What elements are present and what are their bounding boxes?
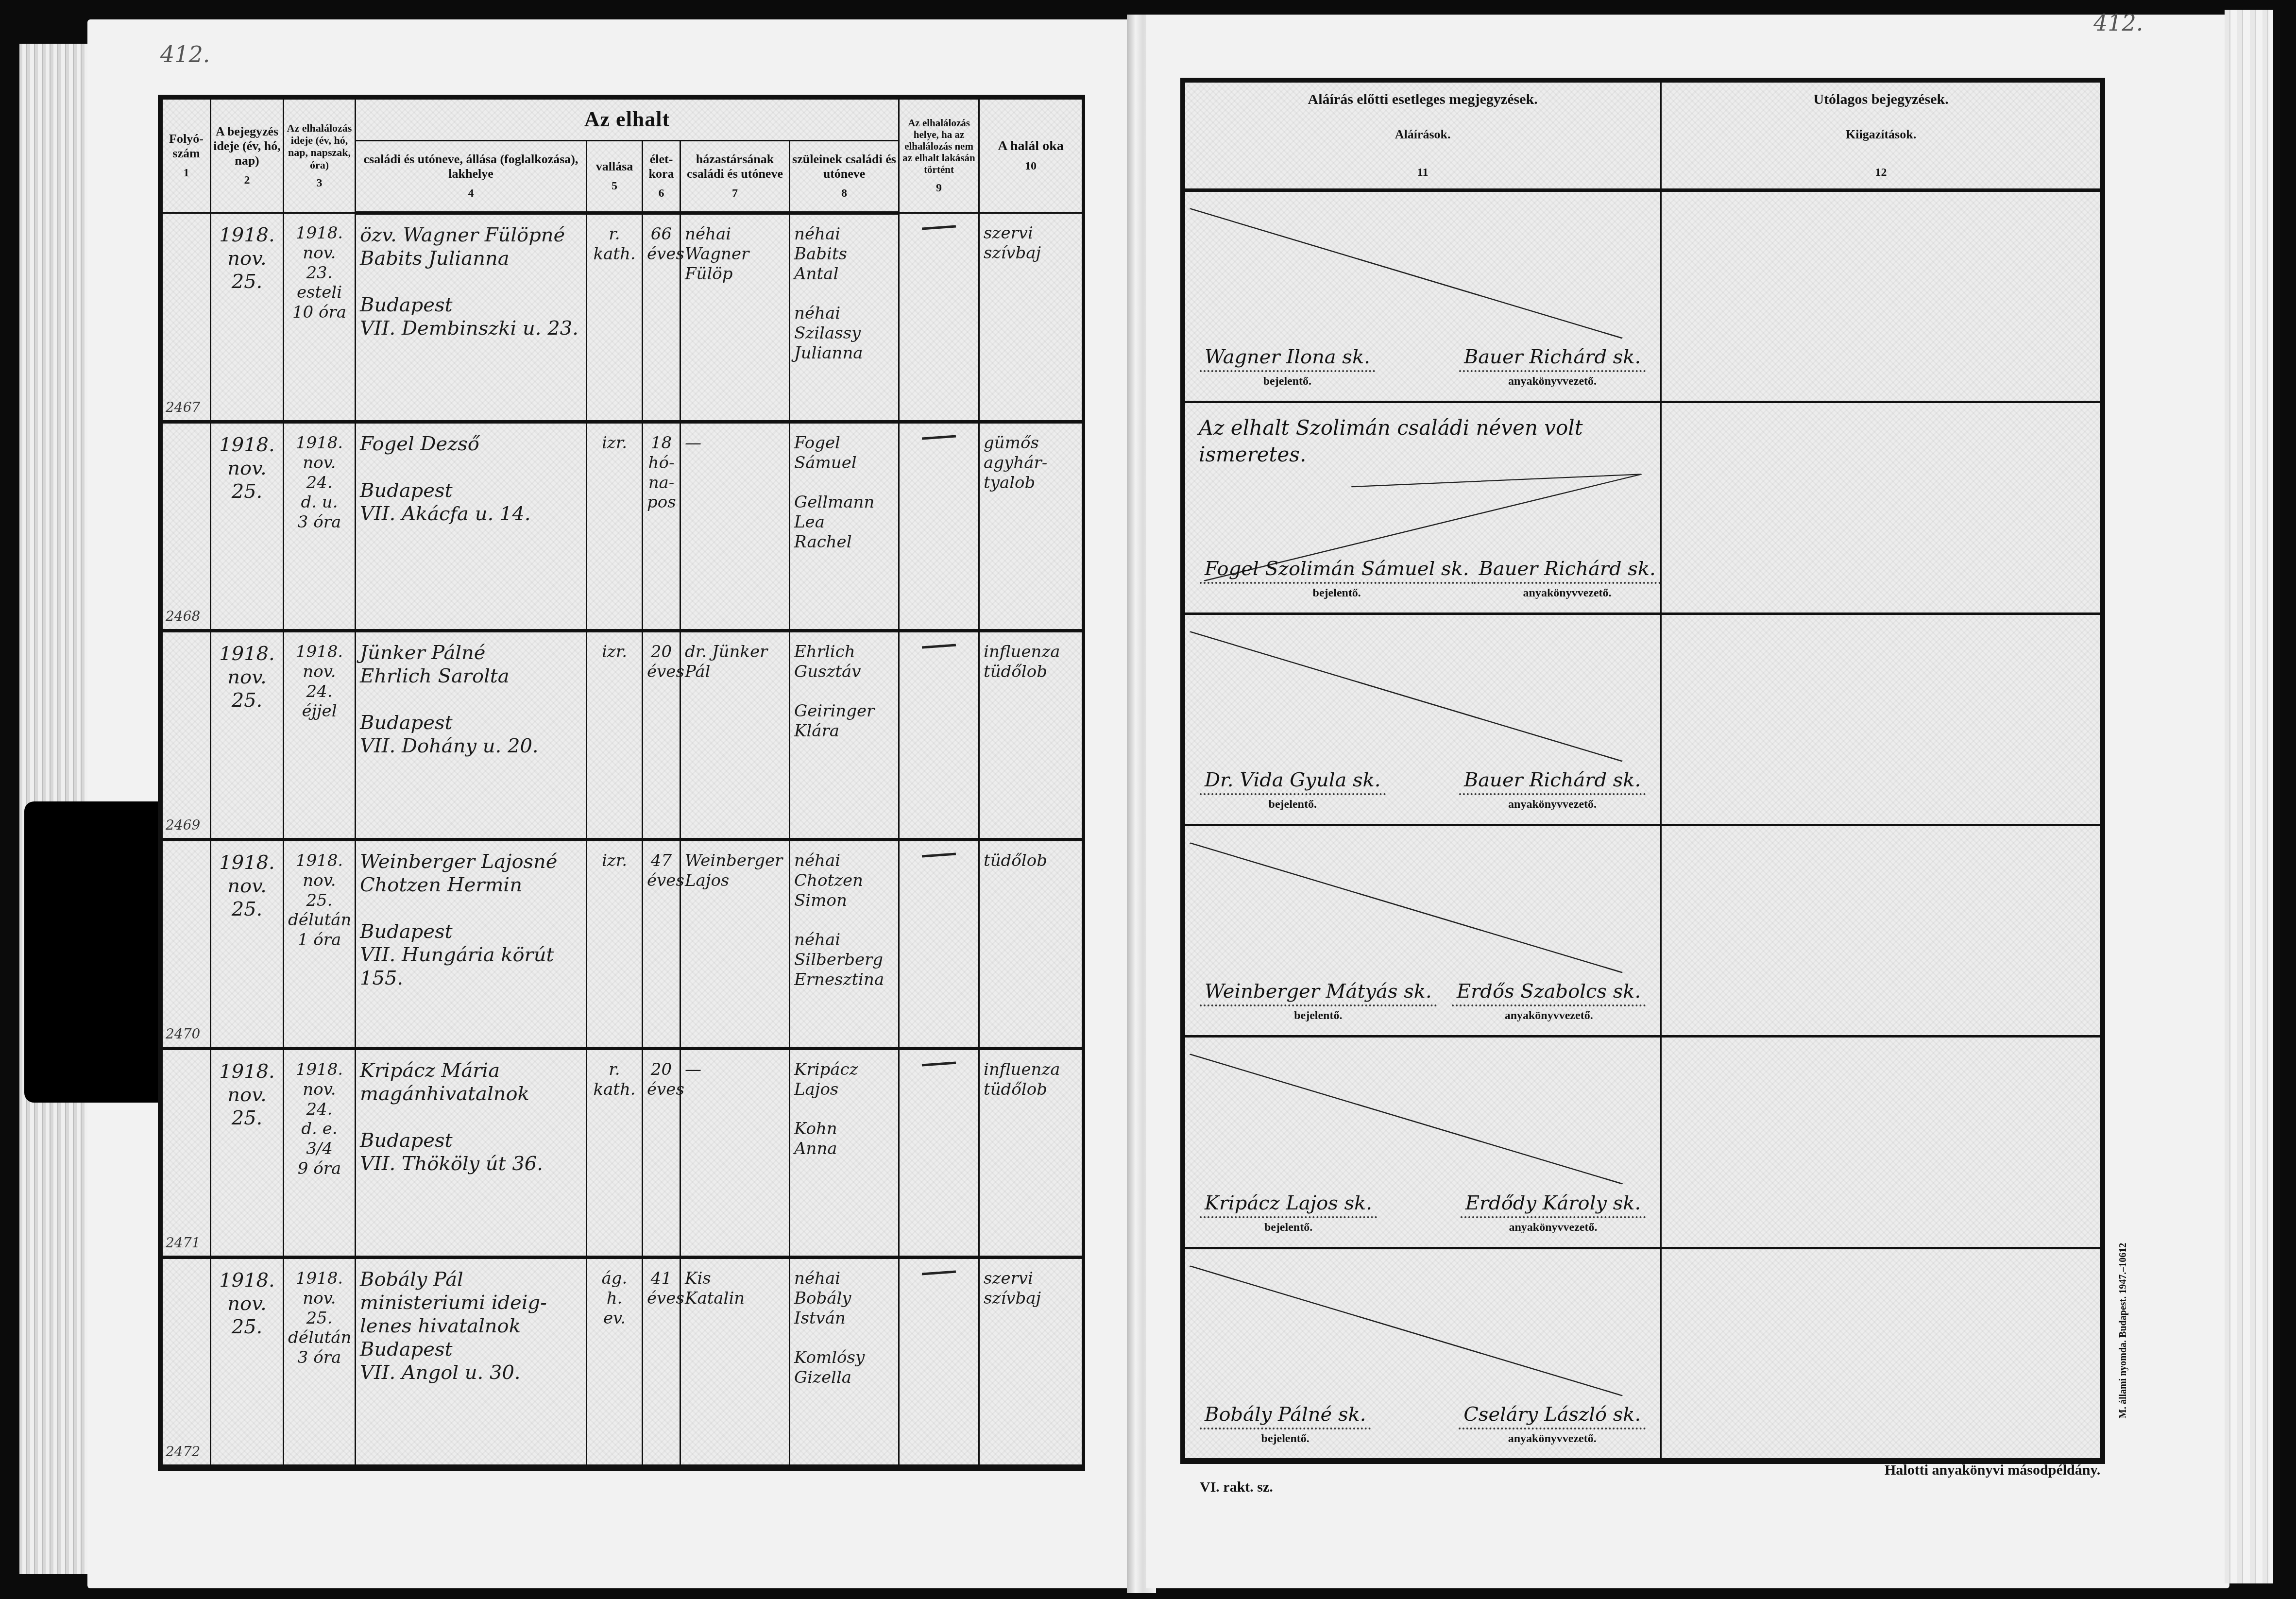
signature-row: Bobály Pálné sk.bejelentő.Cseláry László…: [1185, 1248, 2101, 1459]
cell-age: 41 éves: [643, 1258, 680, 1466]
cell-place-of-death: [899, 422, 979, 631]
cell-religion: izr.: [587, 631, 643, 840]
cell-age: 20 éves: [643, 631, 680, 840]
cell-place-of-death: [899, 213, 979, 422]
signatures-cell: Wagner Ilona sk.bejelentő.Bauer Richárd …: [1185, 190, 1661, 402]
register-number: 2469: [166, 817, 200, 833]
cell-death-date: 1918. nov. 24. d. u. 3 óra: [284, 422, 356, 631]
col-header-6: élet-kora6: [643, 140, 680, 213]
signature-row: Dr. Vida Gyula sk.bejelentő.Bauer Richár…: [1185, 613, 2101, 825]
cell-spouse: —: [680, 1049, 790, 1258]
signatures-cell: Weinberger Mátyás sk.bejelentő.Erdős Sza…: [1185, 825, 1661, 1036]
col-header-5: vallása5: [587, 140, 643, 213]
corrections-cell: [1661, 825, 2101, 1036]
register-number: 2471: [166, 1235, 200, 1251]
cell-entry-date: 1918. nov. 25.: [211, 631, 284, 840]
cell-cause: influenza tüdőlob: [979, 631, 1083, 840]
cell-religion: ág. h. ev.: [587, 1258, 643, 1466]
cell-death-date: 1918. nov. 24. éjjel: [284, 631, 356, 840]
cell-age: 66 éves: [643, 213, 680, 422]
register-number: 2472: [166, 1444, 200, 1460]
col-header-12: Utólagos bejegyzések. Kiigazítások. 12: [1661, 82, 2101, 190]
cell-religion: r. kath.: [587, 213, 643, 422]
cell-death-date: 1918. nov. 25. délután 1 óra: [284, 840, 356, 1049]
cell-death-date: 1918. nov. 25. délután 3 óra: [284, 1258, 356, 1466]
corrections-cell: [1661, 1248, 2101, 1459]
register-type-label: Halotti anyakönyvi másodpéldány.: [1885, 1462, 2100, 1479]
corrections-cell: [1661, 1037, 2101, 1248]
death-register-table: Folyó-szám1 A bejegyzés ideje (év, hó, n…: [158, 95, 1085, 1471]
cell-cause: szervi szívbaj: [979, 1258, 1083, 1466]
registrar-signature: Bauer Richárd sk.anyakönyvvezető.: [1459, 769, 1646, 811]
cell-name-occupation-residence: özv. Wagner Fülöpné Babits Julianna Buda…: [356, 213, 587, 422]
register-number: 2467: [166, 399, 200, 415]
declarant-signature: Bobály Pálné sk.bejelentő.: [1200, 1403, 1371, 1446]
cell-parents: néhai Babits Antal néhai Szilassy Julian…: [790, 213, 899, 422]
right-page-number: 412.: [2093, 10, 2143, 36]
cell-entry-date: 1918. nov. 25.: [211, 213, 284, 422]
col-header-11: Aláírás előtti esetleges megjegyzések. A…: [1185, 82, 1661, 190]
cell-entry-date: 1918. nov. 25.: [211, 422, 284, 631]
cell-spouse: néhai Wagner Fülöp: [680, 213, 790, 422]
cell-place-of-death: [899, 840, 979, 1049]
cell-reg-no: 2468: [162, 422, 211, 631]
dash-mark: [922, 853, 956, 858]
cell-reg-no: 2469: [162, 631, 211, 840]
col-header-9: Az elhalálozás helye, ha az elhalálozás …: [899, 99, 979, 213]
cell-place-of-death: [899, 1258, 979, 1466]
cell-cause: gümős agyhár- tyalob: [979, 422, 1083, 631]
cell-spouse: dr. Jünker Pál: [680, 631, 790, 840]
register-number: 2470: [166, 1026, 200, 1042]
cell-cause: tüdőlob: [979, 840, 1083, 1049]
book-page-edges-right: [2225, 10, 2273, 1583]
cell-cause: influenza tüdőlob: [979, 1049, 1083, 1258]
cell-parents: néhai Bobály István Komlósy Gizella: [790, 1258, 899, 1466]
signatures-cell: Bobály Pálné sk.bejelentő.Cseláry László…: [1185, 1248, 1661, 1459]
signature-row: Kripácz Lajos sk.bejelentő.Erdődy Károly…: [1185, 1037, 2101, 1248]
cell-religion: izr.: [587, 840, 643, 1049]
table-row: 24711918. nov. 25.1918. nov. 24. d. e. 3…: [162, 1049, 1083, 1258]
signatures-cell: Dr. Vida Gyula sk.bejelentő.Bauer Richár…: [1185, 613, 1661, 825]
dash-mark: [922, 1271, 956, 1276]
registrar-signature: Bauer Richárd sk.anyakönyvvezető.: [1459, 346, 1646, 388]
col-header-8: szüleinek családi és utóneve8: [790, 140, 899, 213]
table-row: 24691918. nov. 25.1918. nov. 24. éjjelJü…: [162, 631, 1083, 840]
declarant-signature: Wagner Ilona sk.bejelentő.: [1200, 346, 1375, 388]
col-header-4: családi és utóneve, állása (foglalkozása…: [356, 140, 587, 213]
declarant-signature: Weinberger Mátyás sk.bejelentő.: [1200, 980, 1437, 1022]
registrar-signature: Cseláry László sk.anyakönyvvezető.: [1459, 1403, 1646, 1446]
declarant-signature: Dr. Vida Gyula sk.bejelentő.: [1200, 769, 1386, 811]
declarant-signature: Kripácz Lajos sk.bejelentő.: [1200, 1192, 1377, 1234]
signatures-cell: Az elhalt Szolimán családi néven volt is…: [1185, 402, 1661, 613]
cell-place-of-death: [899, 1049, 979, 1258]
signatures-table: Aláírás előtti esetleges megjegyzések. A…: [1180, 78, 2105, 1464]
cell-death-date: 1918. nov. 24. d. e. 3/4 9 óra: [284, 1049, 356, 1258]
signature-row: Weinberger Mátyás sk.bejelentő.Erdős Sza…: [1185, 825, 2101, 1036]
corrections-cell: [1661, 190, 2101, 402]
cell-age: 47 éves: [643, 840, 680, 1049]
cell-reg-no: 2472: [162, 1258, 211, 1466]
col-header-10: A halál oka10: [979, 99, 1083, 213]
dash-mark: [922, 225, 956, 230]
remark-note: Az elhalt Szolimán családi néven volt is…: [1199, 415, 1641, 468]
group-header-az-elhalt: Az elhalt: [356, 99, 899, 141]
table-row: 24721918. nov. 25.1918. nov. 25. délután…: [162, 1258, 1083, 1466]
declarant-signature: Fogel Szolimán Sámuel sk.bejelentő.: [1200, 558, 1474, 600]
cell-spouse: Weinberger Lajos: [680, 840, 790, 1049]
table-row: 24701918. nov. 25.1918. nov. 25. délután…: [162, 840, 1083, 1049]
cell-age: 20 éves: [643, 1049, 680, 1258]
storage-number-label: VI. rakt. sz.: [1200, 1479, 1273, 1496]
cell-name-occupation-residence: Kripácz Mária magánhivatalnok Budapest V…: [356, 1049, 587, 1258]
cell-reg-no: 2471: [162, 1049, 211, 1258]
cell-parents: Kripácz Lajos Kohn Anna: [790, 1049, 899, 1258]
corrections-cell: [1661, 402, 2101, 613]
dash-mark: [922, 644, 956, 649]
registrar-signature: Erdődy Károly sk.anyakönyvvezető.: [1461, 1192, 1646, 1234]
col-header-7: házastársának családi és utóneve7: [680, 140, 790, 213]
printer-imprint: M. állami nyomda. Budapest. 1947.–10612: [2118, 1243, 2129, 1418]
cell-place-of-death: [899, 631, 979, 840]
cell-name-occupation-residence: Fogel Dezső Budapest VII. Akácfa u. 14.: [356, 422, 587, 631]
cell-reg-no: 2467: [162, 213, 211, 422]
register-number: 2468: [166, 608, 200, 624]
dash-mark: [922, 435, 956, 440]
cell-name-occupation-residence: Bobály Pál ministeriumi ideig- lenes hiv…: [356, 1258, 587, 1466]
table-row: 24671918. nov. 25.1918. nov. 23. esteli …: [162, 213, 1083, 422]
cell-age: 18 hó- na- pos: [643, 422, 680, 631]
cell-religion: izr.: [587, 422, 643, 631]
corrections-cell: [1661, 613, 2101, 825]
signatures-cell: Kripácz Lajos sk.bejelentő.Erdődy Károly…: [1185, 1037, 1661, 1248]
left-page-number: 412.: [160, 41, 210, 68]
col-header-1: Folyó-szám1: [162, 99, 211, 213]
registrar-signature: Erdős Szabolcs sk.anyakönyvvezető.: [1452, 980, 1646, 1022]
signature-row: Az elhalt Szolimán családi néven volt is…: [1185, 402, 2101, 613]
cell-entry-date: 1918. nov. 25.: [211, 1049, 284, 1258]
cell-entry-date: 1918. nov. 25.: [211, 1258, 284, 1466]
cell-parents: Ehrlich Gusztáv Geiringer Klára: [790, 631, 899, 840]
index-tab: [24, 801, 180, 1103]
cell-name-occupation-residence: Jünker Pálné Ehrlich Sarolta Budapest VI…: [356, 631, 587, 840]
cell-spouse: Kis Katalin: [680, 1258, 790, 1466]
col-header-3: Az elhalálozás ideje (év, hó, nap, napsz…: [284, 99, 356, 213]
cell-religion: r. kath.: [587, 1049, 643, 1258]
cell-spouse: —: [680, 422, 790, 631]
dash-mark: [922, 1062, 956, 1067]
cell-parents: Fogel Sámuel Gellmann Lea Rachel: [790, 422, 899, 631]
cell-reg-no: 2470: [162, 840, 211, 1049]
cell-parents: néhai Chotzen Simon néhai Silberberg Ern…: [790, 840, 899, 1049]
table-row: 24681918. nov. 25.1918. nov. 24. d. u. 3…: [162, 422, 1083, 631]
cell-death-date: 1918. nov. 23. esteli 10 óra: [284, 213, 356, 422]
registrar-signature: Bauer Richárd sk.anyakönyvvezető.: [1474, 558, 1660, 600]
signature-row: Wagner Ilona sk.bejelentő.Bauer Richárd …: [1185, 190, 2101, 402]
cell-entry-date: 1918. nov. 25.: [211, 840, 284, 1049]
cell-cause: szervi szívbaj: [979, 213, 1083, 422]
col-header-2: A bejegyzés ideje (év, hó, nap)2: [211, 99, 284, 213]
cell-name-occupation-residence: Weinberger Lajosné Chotzen Hermin Budape…: [356, 840, 587, 1049]
